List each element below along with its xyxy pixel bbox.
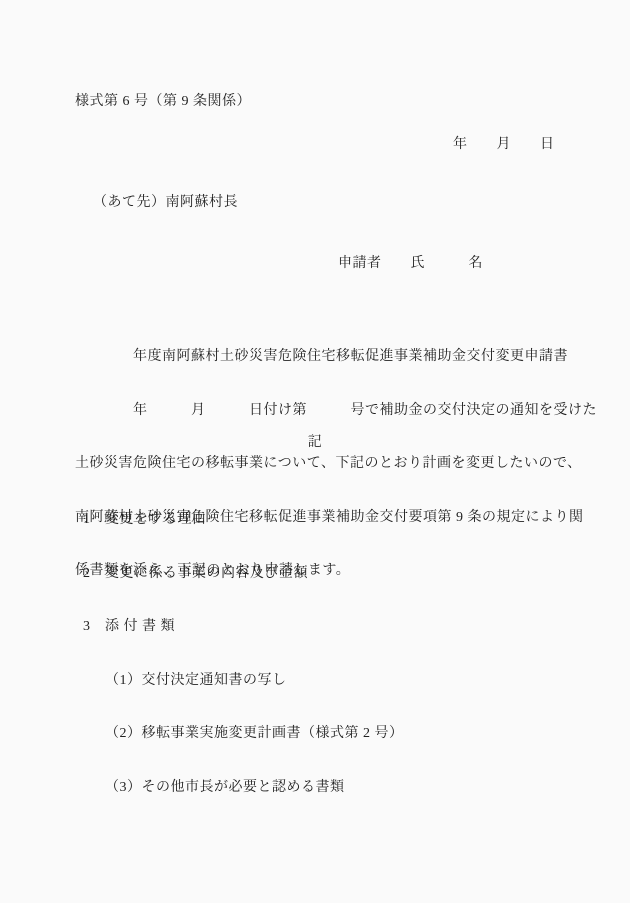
list-subitem-change-plan: （2）移転事業実施変更計画書（様式第 2 号） xyxy=(83,723,603,745)
addressee-line: （あて先）南阿蘇村長 xyxy=(93,196,238,210)
list-item-reason: 1 変更をする理由 xyxy=(83,509,603,531)
document-page: 様式第 6 号（第 9 条関係） 年 月 日 （あて先）南阿蘇村長 申請者 氏 … xyxy=(0,0,630,903)
list-item-contents-amount: 2 変更に係る事業の内容及び金額 xyxy=(83,563,603,585)
form-number: 様式第 6 号（第 9 条関係） xyxy=(75,95,251,109)
record-heading: 記 xyxy=(0,436,630,450)
applicant-name-line: 申請者 氏 名 xyxy=(338,257,483,271)
date-blank-line: 年 月 日 xyxy=(453,138,555,152)
list-subitem-other-documents: （3）その他市長が必要と認める書類 xyxy=(83,777,603,799)
document-title: 年度南阿蘇村土砂災害危険住宅移転促進事業補助金交付変更申請書 xyxy=(75,346,615,368)
item-list: 1 変更をする理由 2 変更に係る事業の内容及び金額 3 添 付 書 類 （1）… xyxy=(83,477,603,831)
body-line: 土砂災害危険住宅の移転事業について、下記のとおり計画を変更したいので、 xyxy=(75,453,615,475)
list-item-attachments: 3 添 付 書 類 xyxy=(83,616,603,638)
list-subitem-notice-copy: （1）交付決定通知書の写し xyxy=(83,670,603,692)
body-line-decision-reference: 年 月 日付け第 号で補助金の交付決定の通知を受けた xyxy=(75,400,615,422)
